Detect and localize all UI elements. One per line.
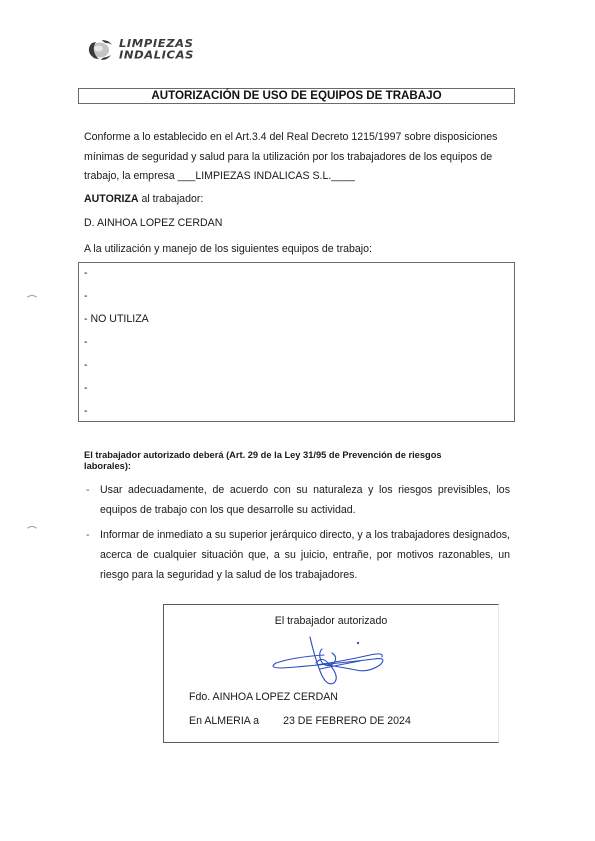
obligations-title: El trabajador autorizado deberá (Art. 29…	[84, 450, 484, 472]
signature-label: El trabajador autorizado	[164, 614, 498, 628]
equipment-intro: A la utilización y manejo de los siguien…	[84, 240, 372, 260]
autoriza-line: AUTORIZA al trabajador:	[84, 190, 203, 210]
signed-by: Fdo. AINHOA LOPEZ CERDAN	[189, 690, 338, 704]
document-title: AUTORIZACIÓN DE USO DE EQUIPOS DE TRABAJ…	[78, 88, 515, 104]
document-title-text: AUTORIZACIÓN DE USO DE EQUIPOS DE TRABAJ…	[151, 89, 441, 102]
signature-place-date: En ALMERIA a23 DE FEBRERO DE 2024	[189, 714, 411, 728]
handwritten-signature	[264, 635, 394, 690]
bullet-dash: -	[86, 525, 90, 545]
autoriza-rest: al trabajador:	[139, 193, 204, 205]
company-logo: LIMPIEZAS INDALICAS	[86, 36, 226, 66]
equipment-item: -	[84, 289, 88, 303]
punch-hole-mark	[25, 295, 39, 309]
intro-paragraph: Conforme a lo establecido en el Art.3.4 …	[84, 128, 524, 187]
equipment-item: - NO UTILIZA	[84, 312, 149, 326]
signature-date: 23 DE FEBRERO DE 2024	[283, 715, 411, 727]
bullet-dash: -	[86, 480, 90, 500]
equipment-item: -	[84, 335, 88, 349]
logo-line-2: INDALICAS	[119, 49, 194, 60]
equipment-item: -	[84, 381, 88, 395]
autoriza-keyword: AUTORIZA	[84, 193, 139, 205]
equipment-item: -	[84, 404, 88, 418]
company-logo-icon	[86, 38, 114, 62]
punch-hole-mark	[25, 526, 39, 540]
equipment-item: -	[84, 266, 88, 280]
equipment-list-box: - - - NO UTILIZA - - - -	[78, 262, 515, 422]
obligation-item: Usar adecuadamente, de acuerdo con su na…	[100, 480, 510, 520]
worker-name: D. AINHOA LOPEZ CERDAN	[84, 214, 222, 234]
company-name-field: ___LIMPIEZAS INDALICAS S.L.____	[178, 170, 355, 182]
signature-place: En ALMERIA a	[189, 715, 259, 727]
obligation-item: Informar de inmediato a su superior jerá…	[100, 525, 510, 585]
company-logo-text: LIMPIEZAS INDALICAS	[119, 38, 194, 61]
equipment-item: -	[84, 358, 88, 372]
signature-box: El trabajador autorizado Fdo. AINHOA LOP…	[163, 604, 499, 743]
